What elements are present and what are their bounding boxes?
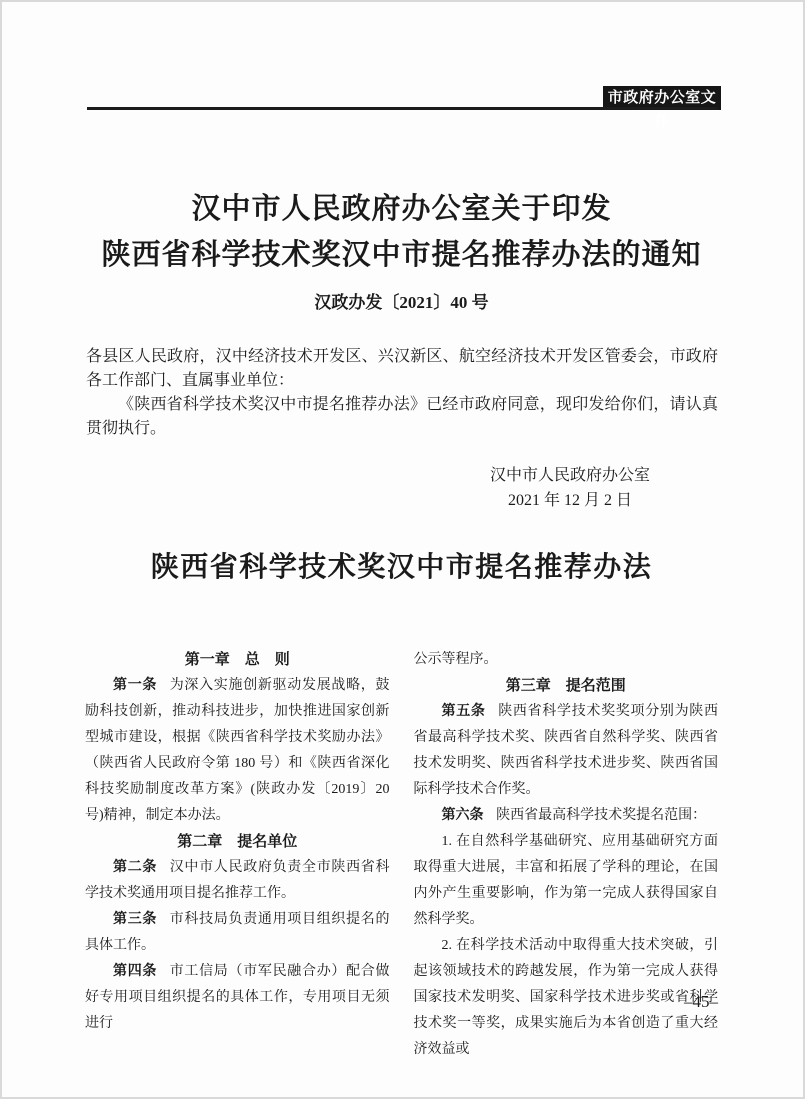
- article-paragraph: 第一条为深入实施创新驱动发展战略，鼓励科技创新，推动科技进步，加快推进国家创新型…: [85, 673, 390, 829]
- chapter-heading: 第三章 提名范围: [414, 673, 719, 699]
- notice-title-line1: 汉中市人民政府办公室关于印发: [85, 186, 718, 232]
- document-number: 汉政办发〔2021〕40 号: [85, 288, 718, 313]
- page-number: –45–: [85, 992, 718, 1012]
- notice-salutation: 各县区人民政府，汉中经济技术开发区、兴汉新区、航空经济技术开发区管委会，市政府各…: [86, 345, 718, 393]
- article-text: 陕西省最高科学技术奖提名范围：: [496, 808, 706, 823]
- notice-body: 各县区人民政府，汉中经济技术开发区、兴汉新区、航空经济技术开发区管委会，市政府各…: [86, 345, 718, 441]
- notice-title: 汉中市人民政府办公室关于印发 陕西省科学技术奖汉中市提名推荐办法的通知: [85, 186, 718, 278]
- continuation-text: 公示等程序。: [414, 647, 719, 673]
- article-number: 第六条: [442, 808, 484, 823]
- signature-block: 汉中市人民政府办公室 2021 年 12 月 2 日: [452, 463, 688, 513]
- article-number: 第五条: [442, 704, 486, 719]
- chapter-heading: 第一章 总 则: [85, 647, 390, 673]
- article-text: 为深入实施创新驱动发展战略，鼓励科技创新，推动科技进步，加快推进国家创新型城市建…: [85, 678, 390, 823]
- article-number: 第一条: [113, 678, 157, 693]
- notice-paragraph: 《陕西省科学技术奖汉中市提名推荐办法》已经市政府同意，现印发给你们，请认真贯彻执…: [86, 393, 718, 441]
- notice-title-line2: 陕西省科学技术奖汉中市提名推荐办法的通知: [85, 232, 718, 278]
- header-rule: [87, 107, 718, 110]
- numbered-item: 1. 在自然科学基础研究、应用基础研究方面取得重大进展，丰富和拓展了学科的理论，…: [414, 829, 719, 933]
- document-page: 市政府办公室文件 汉中市人民政府办公室关于印发 陕西省科学技术奖汉中市提名推荐办…: [0, 0, 805, 1099]
- article-paragraph: 第五条陕西省科学技术奖奖项分别为陕西省最高科学技术奖、陕西省自然科学奖、陕西省技…: [414, 699, 719, 803]
- article-number: 第二条: [113, 860, 157, 875]
- article-number: 第三条: [113, 912, 157, 927]
- article-paragraph: 第三条市科技局负责通用项目组织提名的具体工作。: [85, 907, 390, 959]
- article-paragraph: 第二条汉中市人民政府负责全市陕西省科学技术奖通用项目提名推荐工作。: [85, 855, 390, 907]
- article-number: 第四条: [113, 964, 157, 979]
- signature-date: 2021 年 12 月 2 日: [452, 488, 688, 513]
- measure-title: 陕西省科学技术奖汉中市提名推荐办法: [85, 545, 718, 585]
- signature-signer: 汉中市人民政府办公室: [452, 463, 688, 488]
- chapter-heading: 第二章 提名单位: [85, 829, 390, 855]
- article-paragraph: 第六条陕西省最高科学技术奖提名范围：: [414, 803, 719, 829]
